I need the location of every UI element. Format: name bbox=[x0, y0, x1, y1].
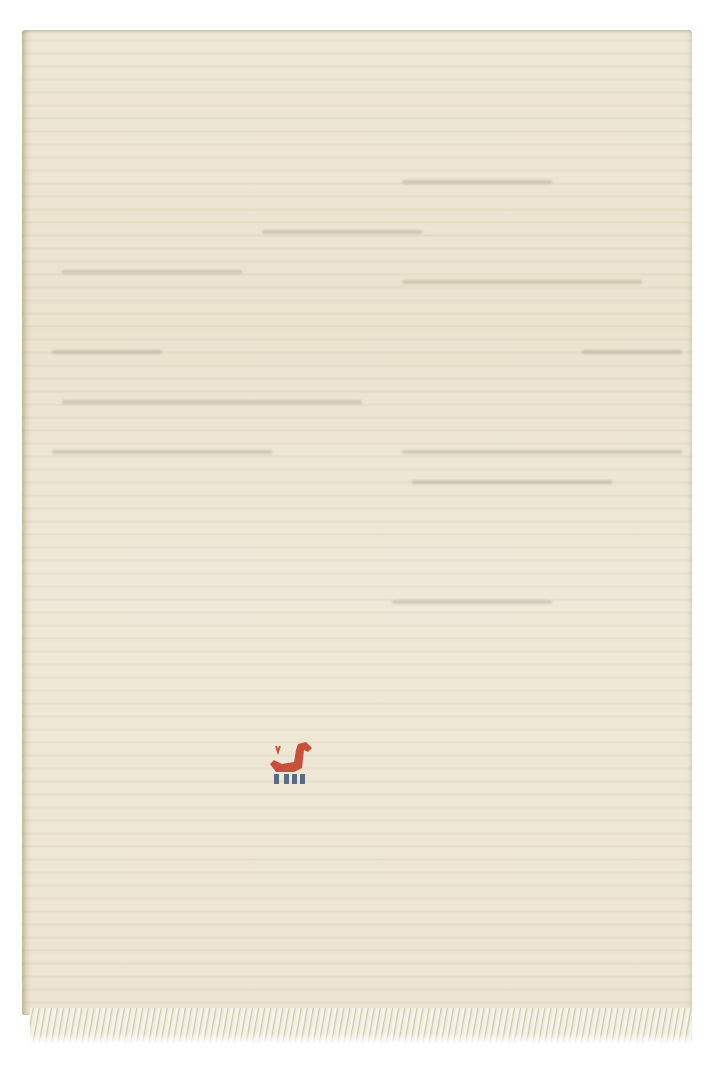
streak bbox=[52, 450, 272, 454]
streak bbox=[62, 400, 362, 404]
streak bbox=[412, 480, 612, 484]
streak bbox=[62, 270, 242, 274]
streak bbox=[402, 280, 642, 284]
streak bbox=[52, 350, 162, 354]
animal-motif-icon bbox=[264, 738, 324, 790]
rug-product-photo bbox=[22, 30, 692, 1015]
streak bbox=[262, 230, 422, 234]
streak bbox=[392, 600, 552, 604]
streak bbox=[402, 450, 682, 454]
streak bbox=[582, 350, 682, 354]
streak bbox=[402, 180, 552, 184]
rug-fringe bbox=[30, 1008, 692, 1044]
